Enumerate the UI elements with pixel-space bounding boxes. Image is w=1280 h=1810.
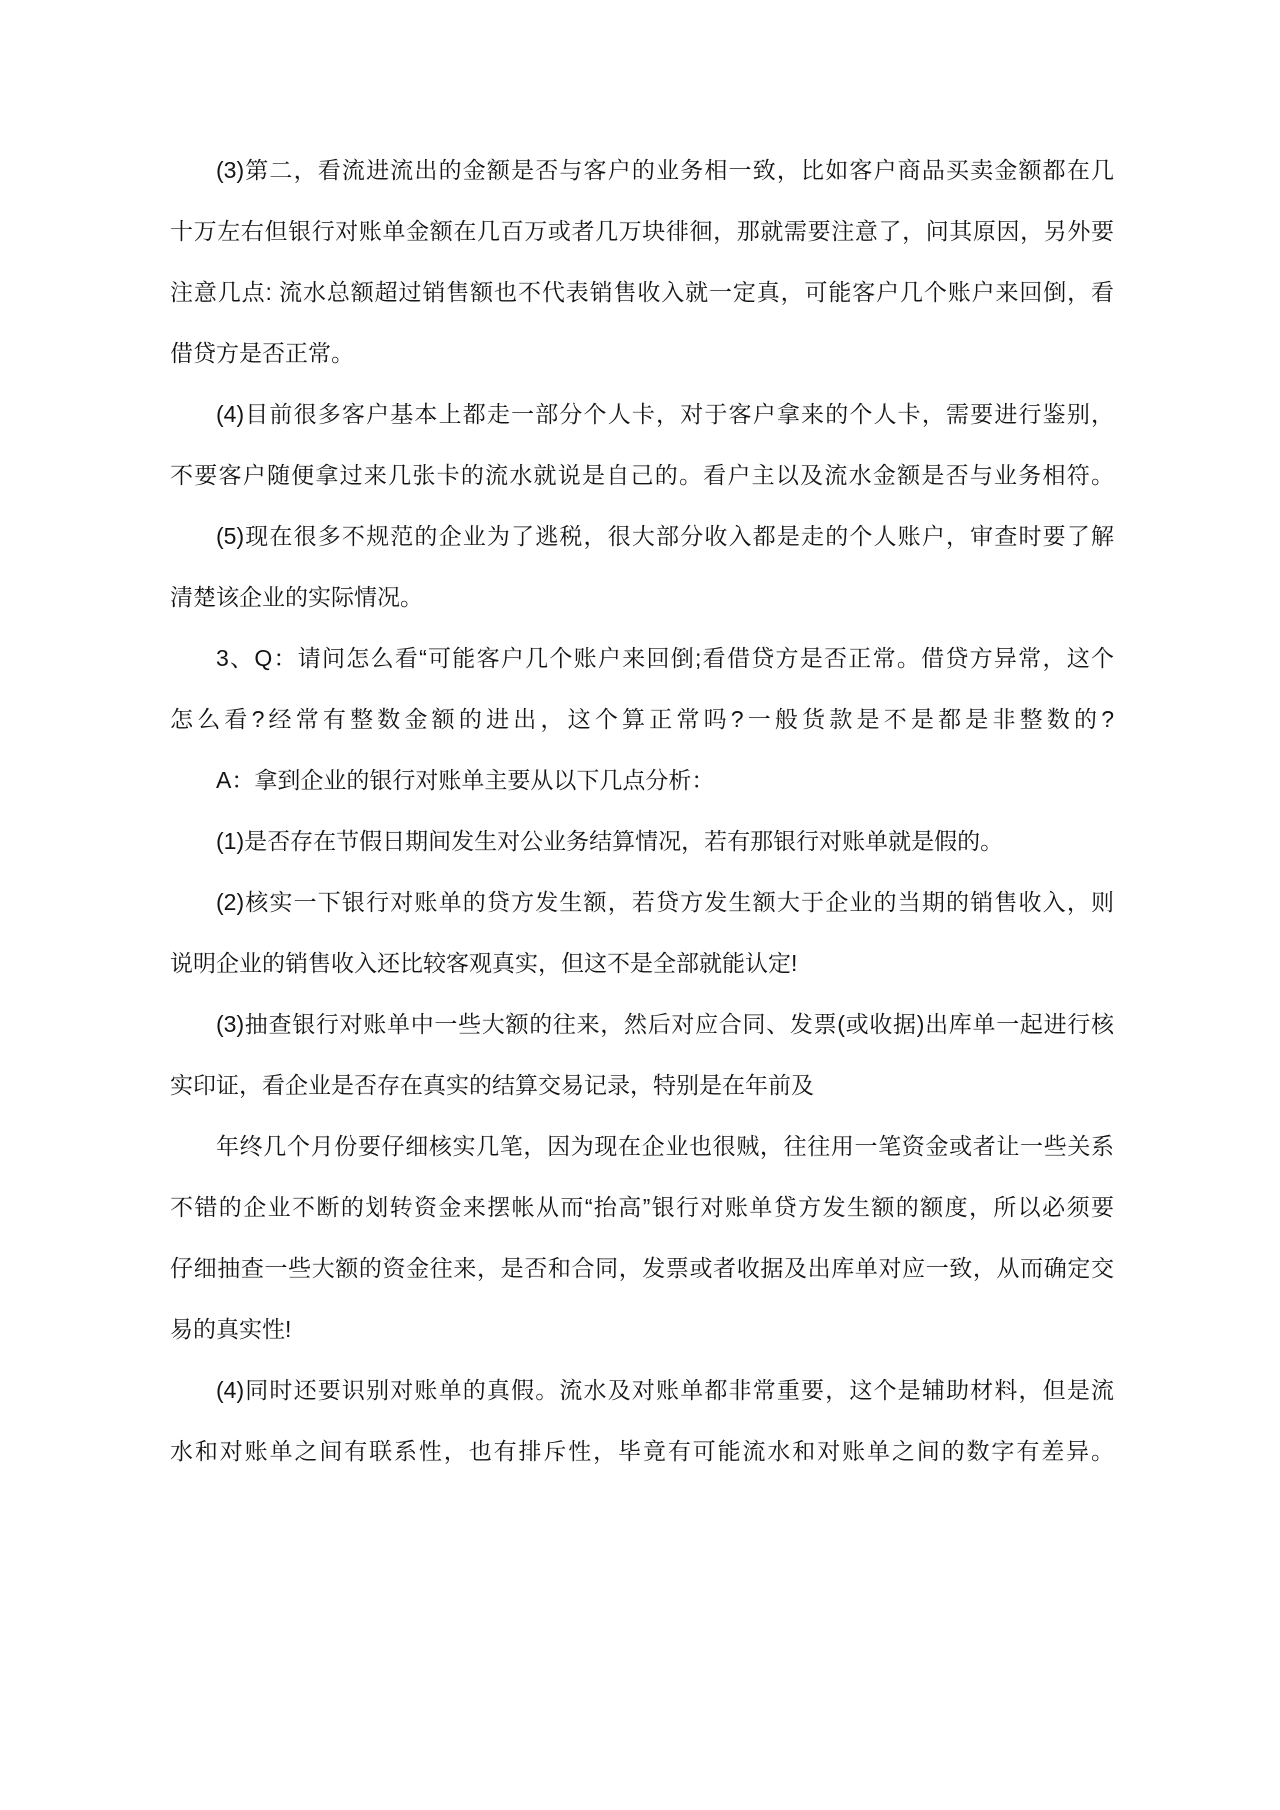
text-line: 实印证，看企业是否存在真实的结算交易记录，特别是在年前及 <box>170 1055 1114 1116</box>
paragraph: (4)同时还要识别对账单的真假。流水及对账单都非常重要，这个是辅助材料，但是流 … <box>170 1360 1114 1482</box>
paragraph: (3)第二，看流进流出的金额是否与客户的业务相一致，比如客户商品买卖金额都在几 … <box>170 140 1114 384</box>
text-line: (2)核实一下银行对账单的贷方发生额，若贷方发生额大于企业的当期的销售收入，则 <box>170 872 1114 933</box>
text-line: (4)目前很多客户基本上都走一部分个人卡，对于客户拿来的个人卡，需要进行鉴别， <box>170 384 1114 445</box>
text-line: 年终几个月份要仔细核实几笔，因为现在企业也很贼，往往用一笔资金或者让一些关系 <box>170 1116 1114 1177</box>
text-line: 易的真实性! <box>170 1299 1114 1360</box>
paragraph: A：拿到企业的银行对账单主要从以下几点分析： <box>170 750 1114 811</box>
document-page: (3)第二，看流进流出的金额是否与客户的业务相一致，比如客户商品买卖金额都在几 … <box>0 0 1280 1810</box>
text-line: 仔细抽查一些大额的资金往来，是否和合同，发票或者收据及出库单对应一致，从而确定交 <box>170 1238 1114 1299</box>
text-line: 十万左右但银行对账单金额在几百万或者几万块徘徊，那就需要注意了，问其原因，另外要 <box>170 201 1114 262</box>
text-line: 水和对账单之间有联系性，也有排斥性，毕竟有可能流水和对账单之间的数字有差异。 <box>170 1421 1114 1482</box>
text-line: 借贷方是否正常。 <box>170 323 1114 384</box>
document-body: (3)第二，看流进流出的金额是否与客户的业务相一致，比如客户商品买卖金额都在几 … <box>170 140 1114 1482</box>
text-line: (3)第二，看流进流出的金额是否与客户的业务相一致，比如客户商品买卖金额都在几 <box>170 140 1114 201</box>
paragraph: (1)是否存在节假日期间发生对公业务结算情况，若有那银行对账单就是假的。 <box>170 811 1114 872</box>
paragraph: 3、Q：请问怎么看“可能客户几个账户来回倒;看借贷方是否正常。借贷方异常，这个 … <box>170 628 1114 750</box>
text-line: 3、Q：请问怎么看“可能客户几个账户来回倒;看借贷方是否正常。借贷方异常，这个 <box>170 628 1114 689</box>
text-line: (4)同时还要识别对账单的真假。流水及对账单都非常重要，这个是辅助材料，但是流 <box>170 1360 1114 1421</box>
text-line: (5)现在很多不规范的企业为了逃税，很大部分收入都是走的个人账户，审查时要了解 <box>170 506 1114 567</box>
text-line: 清楚该企业的实际情况。 <box>170 567 1114 628</box>
paragraph: (5)现在很多不规范的企业为了逃税，很大部分收入都是走的个人账户，审查时要了解 … <box>170 506 1114 628</box>
text-line: (3)抽查银行对账单中一些大额的往来，然后对应合同、发票(或收据)出库单一起进行… <box>170 994 1114 1055</box>
text-line: 不错的企业不断的划转资金来摆帐从而“抬高”银行对账单贷方发生额的额度，所以必须要 <box>170 1177 1114 1238</box>
text-line: 注意几点: 流水总额超过销售额也不代表销售收入就一定真，可能客户几个账户来回倒，… <box>170 262 1114 323</box>
text-line: 不要客户随便拿过来几张卡的流水就说是自己的。看户主以及流水金额是否与业务相符。 <box>170 445 1114 506</box>
text-line: (1)是否存在节假日期间发生对公业务结算情况，若有那银行对账单就是假的。 <box>170 811 1114 872</box>
paragraph: (2)核实一下银行对账单的贷方发生额，若贷方发生额大于企业的当期的销售收入，则 … <box>170 872 1114 994</box>
paragraph: 年终几个月份要仔细核实几笔，因为现在企业也很贼，往往用一笔资金或者让一些关系 不… <box>170 1116 1114 1360</box>
paragraph: (3)抽查银行对账单中一些大额的往来，然后对应合同、发票(或收据)出库单一起进行… <box>170 994 1114 1116</box>
text-line: A：拿到企业的银行对账单主要从以下几点分析： <box>170 750 1114 811</box>
paragraph: (4)目前很多客户基本上都走一部分个人卡，对于客户拿来的个人卡，需要进行鉴别， … <box>170 384 1114 506</box>
text-line: 怎么看?经常有整数金额的进出，这个算正常吗?一般货款是不是都是非整数的? <box>170 689 1114 750</box>
text-line: 说明企业的销售收入还比较客观真实，但这不是全部就能认定! <box>170 933 1114 994</box>
